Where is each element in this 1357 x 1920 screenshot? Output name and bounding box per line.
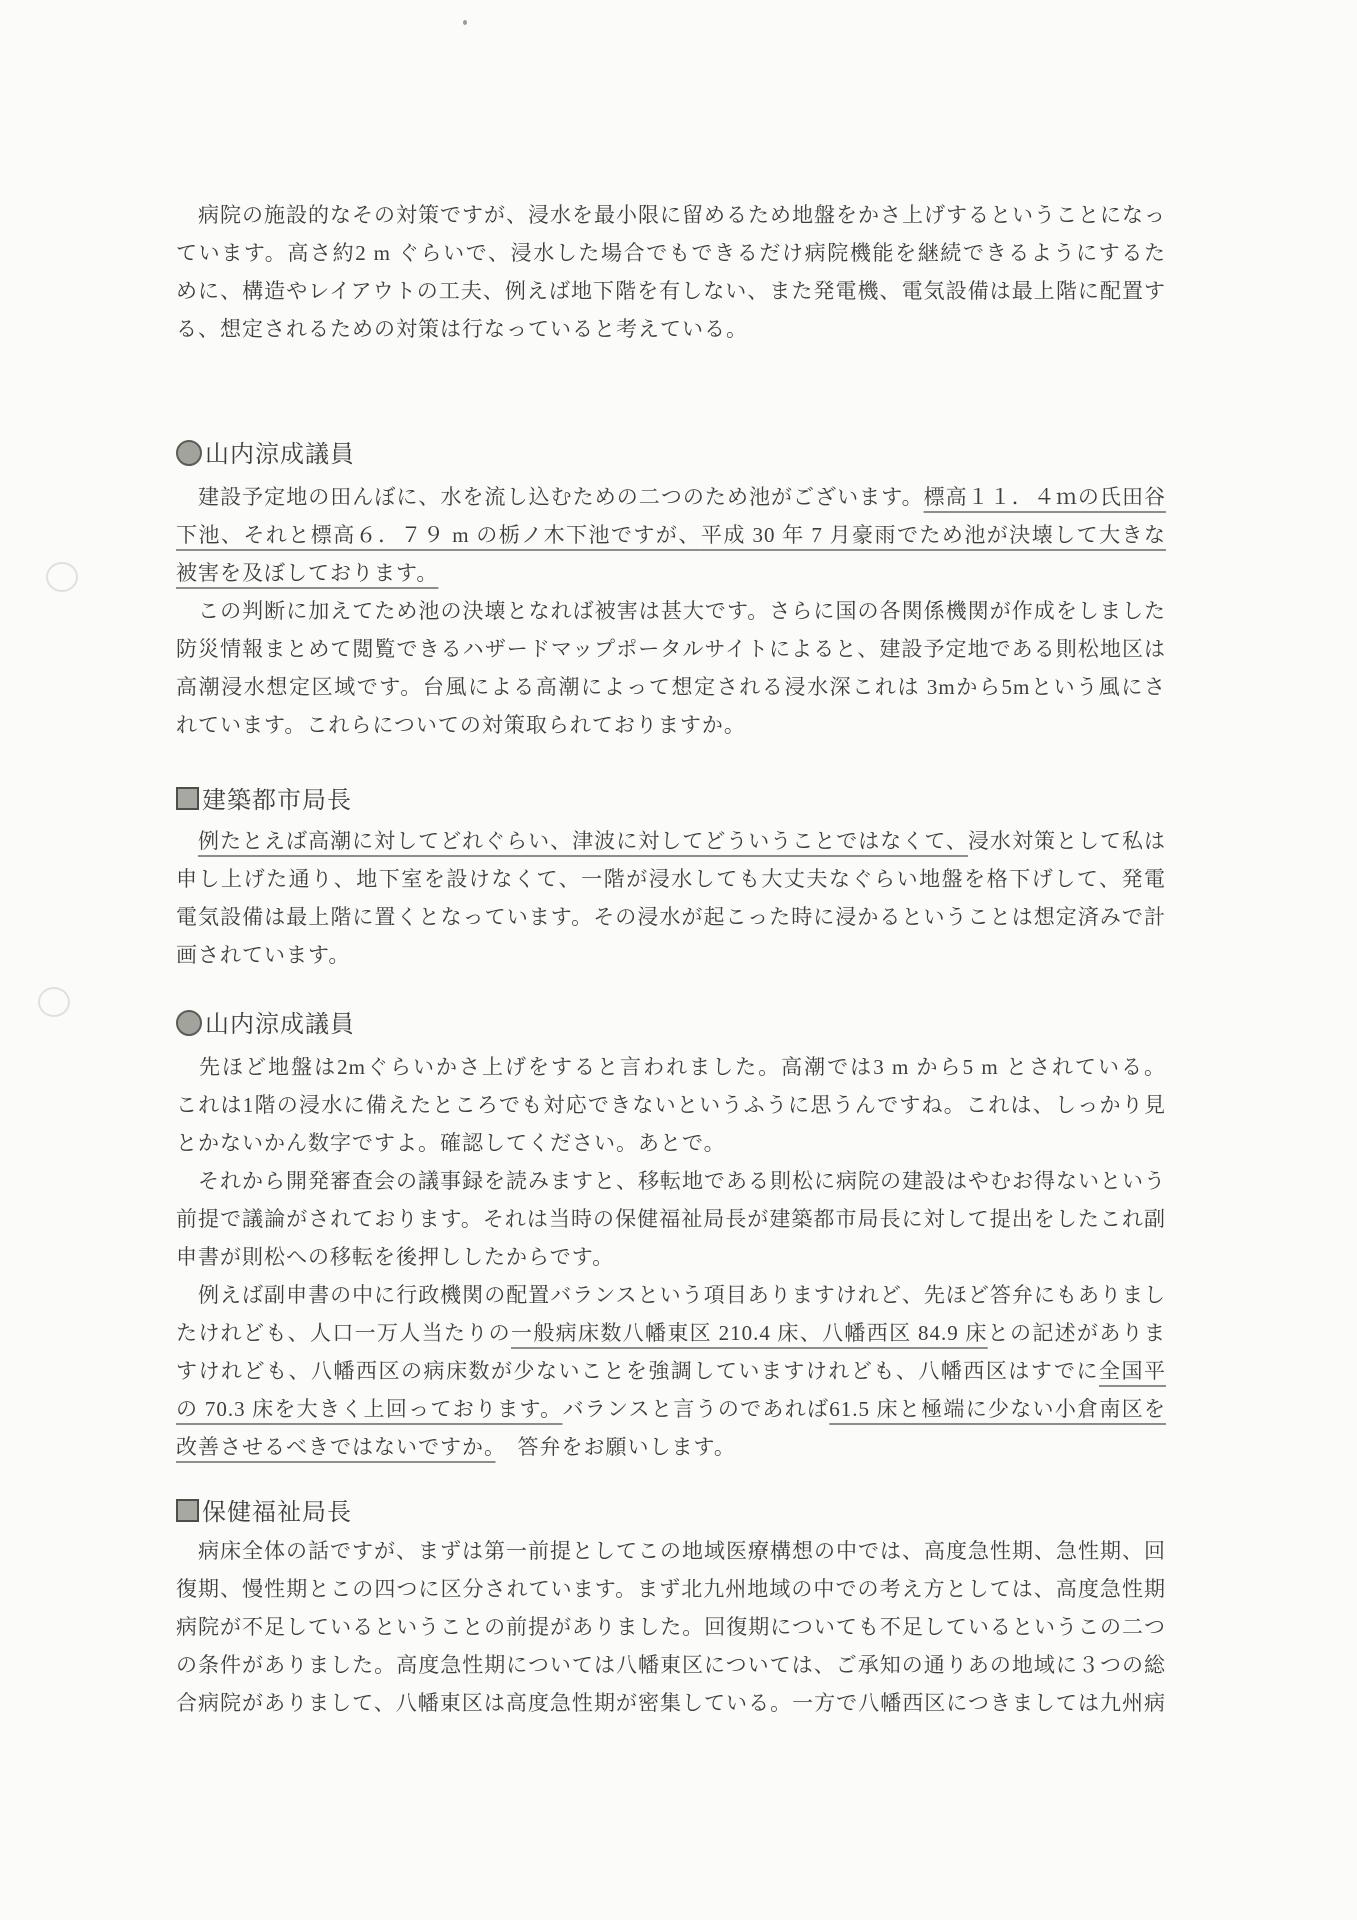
text-run: れています。これらについての対策取られておりますか。	[176, 713, 746, 737]
paragraph-line: 下池、それと標高６．７９ m の栃ノ木下池ですが、平成 30 年 7 月豪雨でた…	[176, 516, 1166, 554]
paragraph-line: の条件がありました。高度急性期については八幡東区については、ご承知の通りあの地域…	[176, 1646, 1166, 1684]
text-run: 前提で議論がされております。それは当時の保健福祉局長が建築都市局長に対して提出を…	[176, 1207, 1166, 1231]
text-run: めに、構造やレイアウトの工夫、例えば地下階を有しない、また発電機、電気設備は最上…	[176, 279, 1166, 303]
text-run: 病院が不足しているということの前提がありました。回復期についても不足しているとい…	[176, 1615, 1166, 1639]
paragraph-line: 例えば副申書の中に行政機関の配置バランスという項目ありますけれど、先ほど答弁にも…	[176, 1276, 1166, 1314]
speaker-heading: 山内涼成議員	[176, 1006, 355, 1044]
text-run: 病床全体の話ですが、まずは第一前提としてこの地域医療構想の中では、高度急性期、急…	[176, 1539, 1166, 1563]
paragraph-line: 被害を及ぼしております。	[176, 554, 1166, 592]
paragraph-line: 病院の施設的なその対策ですが、浸水を最小限に留めるため地盤をかさ上げするというこ…	[176, 196, 1166, 234]
text-run: 答弁をお願いします。	[496, 1435, 736, 1459]
speaker-name: 建築都市局長	[202, 788, 352, 814]
hole-punch-mark	[46, 562, 78, 592]
text-run: 高潮浸水想定区域です。台風による高潮によって想定される浸水深これは 3mから5m…	[176, 675, 1166, 699]
text-run: ています。高さ約2 m ぐらいで、浸水した場合でもできるだけ病院機能を継続できる…	[176, 241, 1166, 265]
paragraph-line: 電気設備は最上階に置くとなっています。その浸水が起こった時に浸かるということは想…	[176, 898, 1166, 936]
text-run: 復期、慢性期とこの四つに区分されています。まず北九州地域の中での考え方としては、…	[176, 1577, 1166, 1601]
paragraph-block: 建設予定地の田んぼに、水を流し込むための二つのため池がございます。標高１１．４ｍ…	[176, 478, 1166, 744]
underlined-text: 平成 30 年 7 月豪雨でため池が決壊して大きな	[701, 523, 1166, 547]
text-run: この判断に加えてため池の決壊となれば被害は甚大です。さらに国の各関係機関が作成を…	[176, 599, 1166, 623]
speaker-name: 保健福祉局長	[202, 1500, 352, 1526]
paragraph-line: る、想定されるための対策は行なっていると考えている。	[176, 310, 1166, 348]
underlined-text: 一般病床数八幡東区 210.4 床、八幡西区 84.9 床	[511, 1321, 988, 1345]
text-run: 申し上げた通り、地下室を設けなくて、一階が浸水しても大丈夫なぐらい地盤を格下げし…	[176, 867, 1166, 898]
paragraph-line: れています。これらについての対策取られておりますか。	[176, 706, 1166, 744]
paragraph-line: 高潮浸水想定区域です。台風による高潮によって想定される浸水深これは 3mから5m…	[176, 668, 1166, 706]
speaker-heading: 保健福祉局長	[176, 1494, 352, 1532]
paragraph-line: 先ほど地盤は2mぐらいかさ上げをすると言われました。高潮では3 m から5 m …	[176, 1048, 1166, 1086]
text-run: それから開発審査会の議事録を読みますと、移転地である則松に病院の建設はやむお得な…	[176, 1169, 1166, 1193]
underlined-text: 被害を及ぼしております。	[176, 561, 438, 585]
paragraph-line: 建設予定地の田んぼに、水を流し込むための二つのため池がございます。標高１１．４ｍ…	[176, 478, 1166, 516]
text-run: の条件がありました。高度急性期については八幡東区については、ご承知の通りあの地域…	[176, 1653, 1166, 1677]
speaker-name: 山内涼成議員	[205, 442, 355, 468]
paragraph-block: 先ほど地盤は2mぐらいかさ上げをすると言われました。高潮では3 m から5 m …	[176, 1048, 1166, 1466]
paragraph-line: 画されています。	[176, 936, 1166, 974]
paragraph-line: たけれども、人口一万人当たりの一般病床数八幡東区 210.4 床、八幡西区 84…	[176, 1314, 1166, 1352]
speaker-heading: 建築都市局長	[176, 782, 352, 820]
text-run: 先ほど地盤は2mぐらいかさ上げをすると言われました。高潮では3 m から5 m …	[176, 1055, 1166, 1079]
text-run: すけれども、八幡西区の病床数が少ないことを強調していますけれども、八幡西区はすで…	[176, 1359, 1099, 1383]
paragraph-line: めに、構造やレイアウトの工夫、例えば地下階を有しない、また発電機、電気設備は最上…	[176, 272, 1166, 310]
speaker-name: 山内涼成議員	[205, 1012, 355, 1038]
paragraph-line: 例たとえば高潮に対してどれぐらい、津波に対してどういうことではなくて、浸水対策と…	[176, 822, 1166, 860]
scan-speck	[463, 20, 467, 25]
paragraph-line: 病院が不足しているということの前提がありました。回復期についても不足しているとい…	[176, 1608, 1166, 1646]
paragraph-line: ています。高さ約2 m ぐらいで、浸水した場合でもできるだけ病院機能を継続できる…	[176, 234, 1166, 272]
text-run: 防災情報まとめて閲覧できるハザードマップポータルサイトによると、建設予定地である…	[176, 637, 1166, 661]
underlined-text: の 70.3 床を大きく上回っております。	[176, 1397, 562, 1421]
paragraph-line: これは1階の浸水に備えたところでも対応できないというふうに思うんですね。これは、…	[176, 1086, 1166, 1124]
speaker-marker-circle-icon	[176, 1010, 202, 1036]
paragraph-line: それから開発審査会の議事録を読みますと、移転地である則松に病院の建設はやむお得な…	[176, 1162, 1166, 1200]
speaker-marker-square-icon	[176, 787, 199, 810]
text-run: バランスと言うのであれば	[562, 1397, 829, 1421]
text-run: 申書が則松への移転を後押ししたからです。	[176, 1245, 614, 1269]
underlined-text: 例たとえば高潮に対してどれぐらい、津波に対してどういうことではなくて、	[198, 829, 968, 853]
paragraph-line: この判断に加えてため池の決壊となれば被害は甚大です。さらに国の各関係機関が作成を…	[176, 592, 1166, 630]
paragraph-line: 申し上げた通り、地下室を設けなくて、一階が浸水しても大丈夫なぐらい地盤を格下げし…	[176, 860, 1166, 898]
paragraph-block: 例たとえば高潮に対してどれぐらい、津波に対してどういうことではなくて、浸水対策と…	[176, 822, 1166, 974]
underlined-text: 61.5 床と極端に少ない小倉南区を	[829, 1397, 1166, 1421]
text-run: 病院の施設的なその対策ですが、浸水を最小限に留めるため地盤をかさ上げするというこ…	[176, 203, 1166, 227]
text-run: これは1階の浸水に備えたところでも対応できないというふうに思うんですね。これは、…	[176, 1093, 1166, 1117]
speaker-marker-circle-icon	[176, 440, 202, 466]
paragraph-line: すけれども、八幡西区の病床数が少ないことを強調していますけれども、八幡西区はすで…	[176, 1352, 1166, 1390]
paragraph-line: 合病院がありまして、八幡東区は高度急性期が密集している。一方で八幡西区につきまし…	[176, 1684, 1166, 1722]
paragraph-line: 防災情報まとめて閲覧できるハザードマップポータルサイトによると、建設予定地である…	[176, 630, 1166, 668]
paragraph-line: 前提で議論がされております。それは当時の保健福祉局長が建築都市局長に対して提出を…	[176, 1200, 1166, 1238]
paragraph-line: 病床全体の話ですが、まずは第一前提としてこの地域医療構想の中では、高度急性期、急…	[176, 1532, 1166, 1570]
text-run: 合病院がありまして、八幡東区は高度急性期が密集している。一方で八幡西区につきまし…	[176, 1691, 1166, 1715]
hole-punch-mark	[38, 987, 70, 1017]
text-run: 電気設備は最上階に置くとなっています。その浸水が起こった時に浸かるということは想…	[176, 905, 1166, 929]
paragraph-block: 病床全体の話ですが、まずは第一前提としてこの地域医療構想の中では、高度急性期、急…	[176, 1532, 1166, 1722]
speaker-marker-square-icon	[176, 1499, 199, 1522]
text-run: とかないかん数字ですよ。確認してください。あとで。	[176, 1131, 726, 1155]
text-run: 建設予定地の田んぼに、水を流し込むための二つのため池がございます。	[176, 485, 924, 509]
text-run: たけれども、人口一万人当たりの	[176, 1321, 511, 1345]
text-run: る、想定されるための対策は行なっていると考えている。	[176, 317, 748, 341]
text-run	[176, 829, 198, 853]
text-run: との記述がありま	[988, 1321, 1166, 1345]
paragraph-line: 申書が則松への移転を後押ししたからです。	[176, 1238, 1166, 1276]
speaker-heading: 山内涼成議員	[176, 436, 355, 474]
underlined-text: 下池、それと標高６．７９ m の栃ノ木下池ですが、	[176, 523, 701, 547]
text-run: 画されています。	[176, 943, 350, 967]
text-run: 浸水対策として私は	[968, 829, 1166, 853]
paragraph-block: 病院の施設的なその対策ですが、浸水を最小限に留めるため地盤をかさ上げするというこ…	[176, 196, 1166, 348]
underlined-text: 標高１１．４ｍの氏田谷	[924, 485, 1166, 509]
document-page: 病院の施設的なその対策ですが、浸水を最小限に留めるため地盤をかさ上げするというこ…	[0, 0, 1357, 1920]
paragraph-line: 復期、慢性期とこの四つに区分されています。まず北九州地域の中での考え方としては、…	[176, 1570, 1166, 1608]
paragraph-line: とかないかん数字ですよ。確認してください。あとで。	[176, 1124, 1166, 1162]
text-run: 例えば副申書の中に行政機関の配置バランスという項目ありますけれど、先ほど答弁にも…	[176, 1283, 1166, 1307]
paragraph-line: 改善させるべきではないですか。 答弁をお願いします。	[176, 1428, 1166, 1466]
underlined-text: 改善させるべきではないですか。	[176, 1435, 496, 1459]
paragraph-line: の 70.3 床を大きく上回っております。バランスと言うのであれば61.5 床と…	[176, 1390, 1166, 1428]
